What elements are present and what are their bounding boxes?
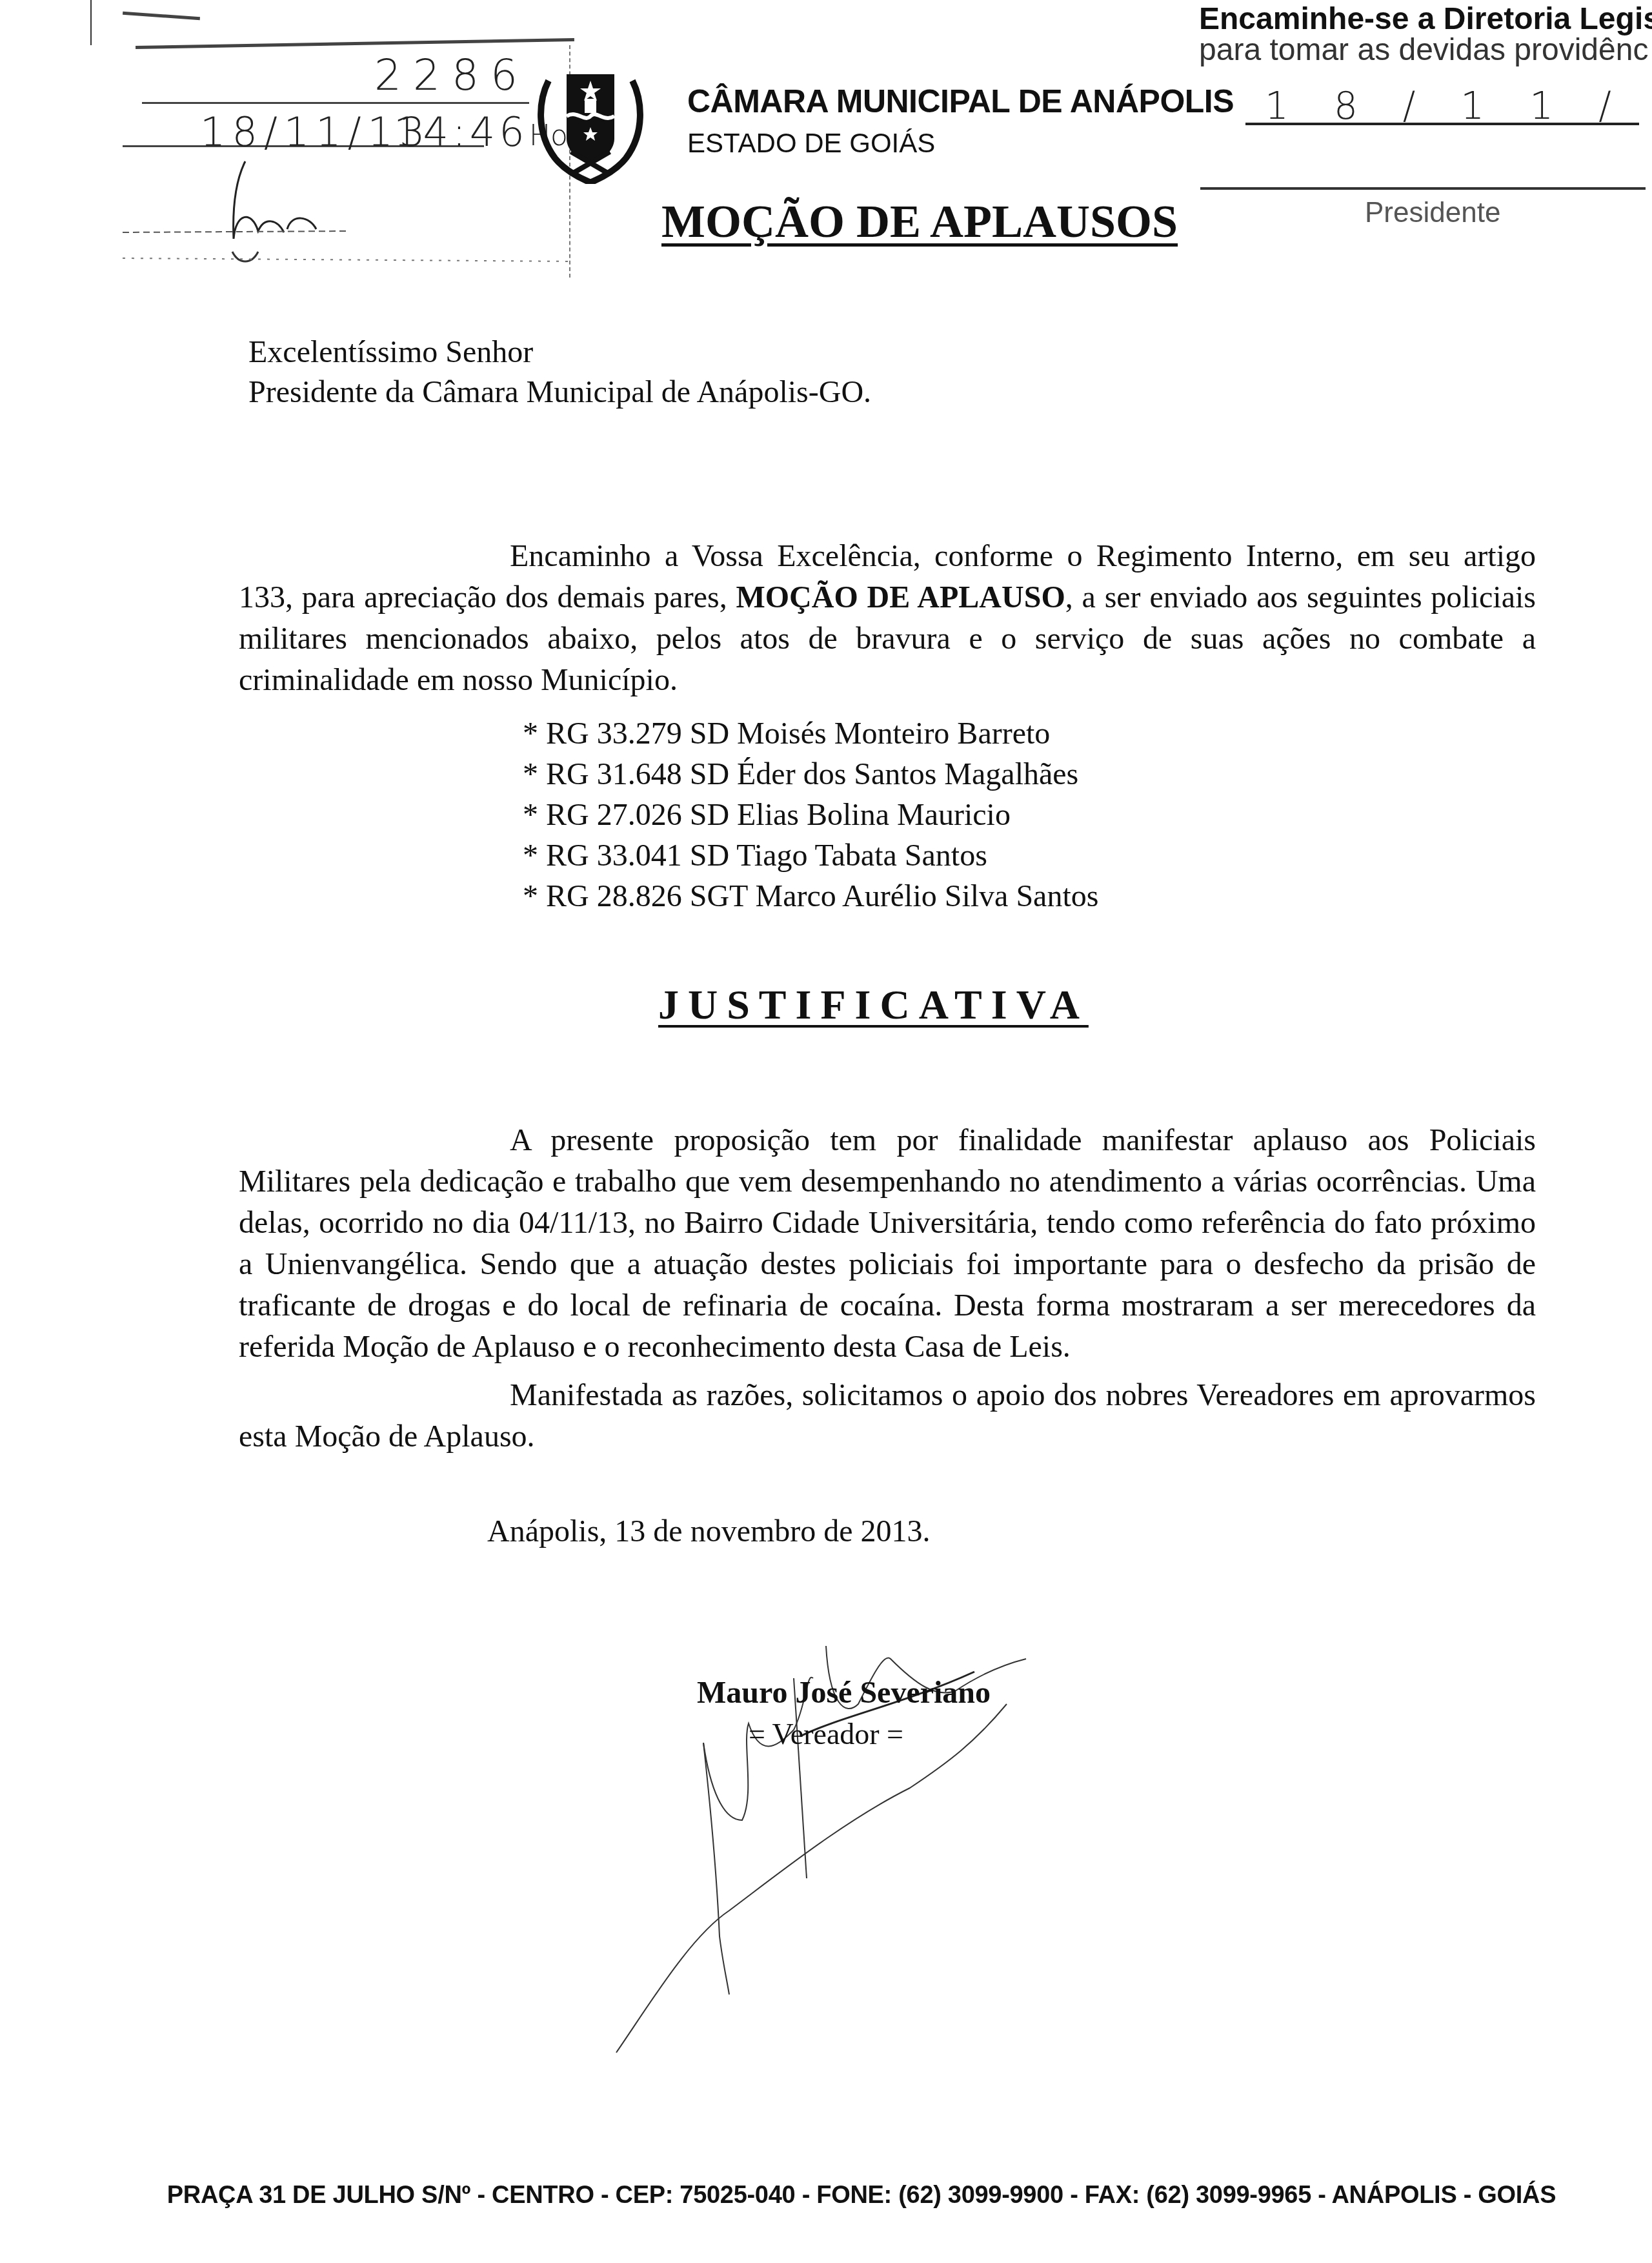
addressee-line1: Excelentíssimo Senhor (248, 332, 871, 372)
addressee: Excelentíssimo Senhor Presidente da Câma… (248, 332, 871, 412)
stamp-signature-icon (123, 155, 574, 271)
protocol-number: 2286 (374, 50, 529, 100)
handwritten-signature-icon (613, 1575, 1065, 2065)
signature-line (1200, 187, 1646, 190)
stamp-line (142, 102, 529, 104)
justification-text: A presente proposição tem por finalidade… (239, 1123, 1536, 1364)
intro-bold: MOÇÃO DE APLAUSO (736, 580, 1065, 614)
received-time: 14:46 (394, 108, 529, 156)
signer-role: = Vereador = (749, 1717, 903, 1751)
list-item: * RG 28.826 SGT Marco Aurélio Silva Sant… (523, 876, 1098, 917)
addressee-line2: Presidente da Câmara Municipal de Anápol… (248, 372, 871, 412)
stamp-border (136, 38, 574, 49)
list-item: * RG 33.279 SD Moisés Monteiro Barreto (523, 713, 1098, 754)
protocol-stamp: 2286 18/11/13 14:46 Hora (123, 6, 574, 278)
document-title: MOÇÃO DE APLAUSOS (661, 195, 1178, 249)
coat-of-arms-icon (536, 55, 645, 184)
honorees-list: * RG 33.279 SD Moisés Monteiro Barreto *… (523, 713, 1098, 917)
dispatch-note-line2: para tomar as devidas providênc (1199, 32, 1648, 68)
footer-address: PRAÇA 31 DE JULHO S/Nº - CENTRO - CEP: 7… (165, 2182, 1558, 2209)
dispatch-note-line1: Encaminhe-se a Diretoria Legisla (1199, 1, 1652, 37)
list-item: * RG 31.648 SD Éder dos Santos Magalhães (523, 754, 1098, 795)
institution-name: CÂMARA MUNICIPAL DE ANÁPOLIS (687, 83, 1234, 120)
signer-name: Mauro José Severiano (697, 1675, 991, 1710)
page-margin-line (90, 0, 92, 45)
stamp-border (123, 12, 200, 20)
list-item: * RG 27.026 SD Elias Bolina Mauricio (523, 795, 1098, 835)
justification-heading: JUSTIFICATIVA (658, 981, 1089, 1029)
stamp-line (123, 145, 484, 147)
president-label: Presidente (1365, 197, 1500, 229)
closing-text: Manifestada as razões, solicitamos o apo… (239, 1378, 1536, 1454)
handwritten-dispatch-date: 18/11/13 (1265, 84, 1652, 128)
intro-paragraph: Encaminho a Vossa Excelência, conforme o… (239, 536, 1536, 701)
list-item: * RG 33.041 SD Tiago Tabata Santos (523, 835, 1098, 876)
justification-paragraph: A presente proposição tem por finalidade… (239, 1120, 1536, 1368)
state-name: ESTADO DE GOIÁS (687, 128, 935, 159)
place-date: Anápolis, 13 de novembro de 2013. (487, 1514, 931, 1549)
closing-paragraph: Manifestada as razões, solicitamos o apo… (239, 1375, 1536, 1457)
